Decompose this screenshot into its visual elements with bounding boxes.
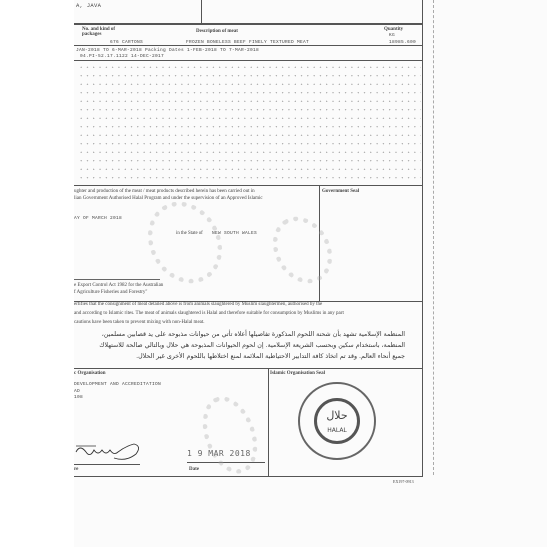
dotted-fill — [78, 63, 421, 183]
signature-scribble — [74, 440, 144, 462]
date-label: Date — [189, 467, 199, 472]
islamic-seal-label: Islamic Organisation Seal — [270, 371, 325, 376]
col-packages-label: No. and kind of packages — [82, 27, 132, 37]
destination-text: A, JAVA — [76, 2, 101, 9]
organisation-name-line3: 108 — [74, 395, 83, 400]
organisation-label: c Organisation — [74, 371, 106, 376]
col-description-label: Description of meat — [196, 29, 238, 34]
islamic-statement-en-line1: ertifies that the consignment of meat de… — [74, 302, 322, 307]
top-right-box — [201, 0, 423, 24]
government-seal-box — [319, 186, 423, 302]
dates-line: JAN-2018 TO 6-MAR-2018 Packing Dates 1-F… — [76, 48, 259, 53]
government-statement-line2: lian Government Authorised Halal Program… — [74, 196, 263, 201]
islamic-statement-ar-line3: جميع أنحاء العالم. وقد تم اتخاذ كافة الت… — [136, 353, 405, 360]
reference-line: 04.PI-52.17.1122 14-DEC-2017 — [80, 54, 164, 59]
act-line1: e Export Control Act 1982 for the Austra… — [74, 283, 163, 288]
islamic-statement-en-line3: cautions have been taken to prevent mixi… — [74, 320, 205, 325]
description-value: FROZEN BONELESS BEEF FINELY TEXTURED MEA… — [186, 40, 309, 45]
act-line2: f Agriculture Fisheries and Forestry" — [74, 290, 147, 295]
form-code: EX197-0913 — [393, 479, 414, 484]
islamic-statement-ar-line2: المنظمة، باستخدام سكين وبحسب الشريعة الإ… — [99, 342, 405, 349]
quantity-value: 18985.600 — [389, 40, 416, 45]
seal-english-text: HALAL — [317, 427, 357, 434]
organisation-name-line2: AD — [74, 389, 80, 394]
signature-underline — [74, 464, 140, 465]
islamic-statement-en-line2: and according to Islamic rites. The meat… — [74, 311, 344, 316]
quantity-unit: KG — [389, 33, 395, 38]
government-date-line: AY OF MARCH 2018 — [74, 216, 122, 221]
seal-arabic-text: حلال — [317, 409, 357, 422]
islamic-statement-ar-line1: المنظمة الإسلامية تشهد بأن شحنة اللحوم ا… — [102, 331, 405, 338]
packages-value: 676 CARTONS — [110, 40, 143, 45]
government-statement-line1: ughter and production of the meat / meat… — [74, 189, 255, 194]
government-seal-label: Government Seal — [322, 189, 359, 194]
page-edge-line — [433, 0, 435, 475]
col-quantity-label: Quantity — [384, 27, 403, 32]
signature-label: re — [74, 467, 78, 472]
halal-seal-icon: حلال HALAL — [298, 382, 376, 460]
organisation-name-line1: DEVELOPMENT AND ACCREDITATION — [74, 382, 161, 387]
signature-line — [74, 279, 160, 280]
